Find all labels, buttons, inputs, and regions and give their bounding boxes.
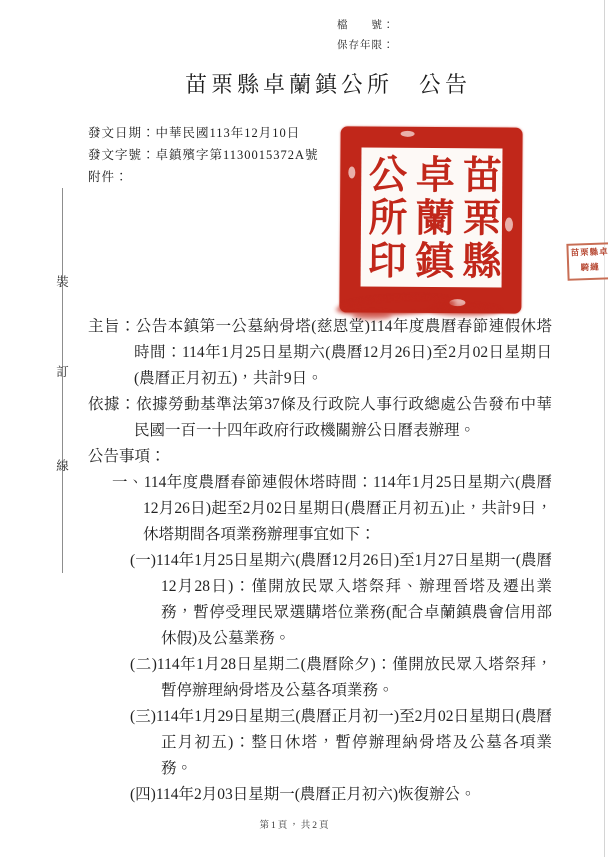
sub-item-4-text: 114年2月03日星期一(農曆正月初六)恢復辦公。 — [156, 786, 476, 803]
document-meta: 發文日期：中華民國113年12月10日 發文字號：卓鎮殯字第1130015372… — [88, 122, 319, 188]
seal-column-middle: 卓蘭鎮 — [410, 154, 454, 283]
scan-edge-line — [604, 0, 605, 857]
official-seal: 苗栗縣卓蘭鎮公所印 — [339, 126, 522, 313]
document-page: 檔 號： 保存年限： 苗栗縣卓蘭鎮公所 公告 發文日期：中華民國113年12月1… — [0, 0, 608, 857]
sub-item-3-paragraph: (三)114年1月29日星期三(農曆正月初一)至2月02日星期日(農曆正月初五)… — [161, 704, 552, 782]
seal-speck — [505, 218, 513, 232]
sub-item-2-text: 114年1月28日星期二(農曆除夕)：僅開放民眾入塔祭拜，暫停辦理納骨塔及公墓各… — [157, 656, 552, 699]
file-number-label: 檔 號： — [337, 16, 395, 36]
basis-text: 依據勞動基準法第37條及行政院人事行政總處公告發布中華民國一百一十四年政府行政機… — [134, 396, 552, 439]
announcement-items-heading: 公告事項： — [88, 444, 552, 470]
page-title: 苗栗縣卓蘭鎮公所 公告 — [0, 68, 608, 99]
sub-item-1-paragraph: (一)114年1月25日星期六(農曆12月26日)至1月27日星期一(農曆12月… — [161, 548, 552, 652]
sub-item-1-label: (一) — [130, 552, 156, 569]
reference-number-line: 發文字號：卓鎮殯字第1130015372A號 — [88, 144, 319, 166]
seal-column-right: 苗栗縣 — [457, 154, 501, 283]
basis-label: 依據： — [88, 396, 136, 413]
cross-page-seal-line1: 苗栗縣卓 — [568, 244, 608, 260]
cross-page-seal: 苗栗縣卓 騎縫 — [566, 242, 608, 281]
sub-item-2-label: (二) — [130, 656, 157, 673]
seal-speck — [401, 131, 415, 137]
item-1-text: 114年度農曆春節連假休塔時間：114年1月25日星期六(農曆12月26日)起至… — [143, 474, 552, 543]
seal-column-left: 公所印 — [363, 154, 407, 283]
sub-item-3-label: (三) — [130, 708, 156, 725]
cross-page-seal-line2: 騎縫 — [569, 259, 608, 275]
page-number: 第1頁，共2頁 — [0, 817, 590, 831]
item-1-label: 一、 — [112, 474, 144, 491]
seal-text: 苗栗縣卓蘭鎮公所印 — [361, 148, 503, 288]
issue-date-line: 發文日期：中華民國113年12月10日 — [88, 122, 319, 144]
basis-paragraph: 依據：依據勞動基準法第37條及行政院人事行政總處公告發布中華民國一百一十四年政府… — [134, 392, 552, 444]
subject-paragraph: 主旨：公告本鎮第一公墓納骨塔(慈恩堂)114年度農曆春節連假休塔時間：114年1… — [134, 314, 552, 392]
seal-speck — [348, 166, 355, 178]
sub-item-4-paragraph: (四)114年2月03日星期一(農曆正月初六)恢復辦公。 — [161, 782, 552, 808]
sub-item-1-text: 114年1月25日星期六(農曆12月26日)至1月27日星期一(農曆12月28日… — [156, 552, 552, 647]
item-1-paragraph: 一、114年度農曆春節連假休塔時間：114年1月25日星期六(農曆12月26日)… — [143, 470, 552, 548]
binding-char-zhuang: 裝 — [54, 272, 71, 290]
subject-text: 公告本鎮第一公墓納骨塔(慈恩堂)114年度農曆春節連假休塔時間：114年1月25… — [134, 318, 552, 387]
retention-period-label: 保存年限： — [337, 36, 395, 56]
subject-label: 主旨： — [88, 318, 136, 335]
document-header: 檔 號： 保存年限： — [337, 16, 395, 56]
attachment-line: 附件： — [88, 166, 319, 188]
sub-item-4-label: (四) — [130, 786, 156, 803]
sub-item-3-text: 114年1月29日星期三(農曆正月初一)至2月02日星期日(農曆正月初五)：整日… — [156, 708, 552, 777]
sub-item-2-paragraph: (二)114年1月28日星期二(農曆除夕)：僅開放民眾入塔祭拜，暫停辦理納骨塔及… — [161, 652, 552, 704]
announcement-body: 主旨：公告本鎮第一公墓納骨塔(慈恩堂)114年度農曆春節連假休塔時間：114年1… — [0, 314, 552, 808]
